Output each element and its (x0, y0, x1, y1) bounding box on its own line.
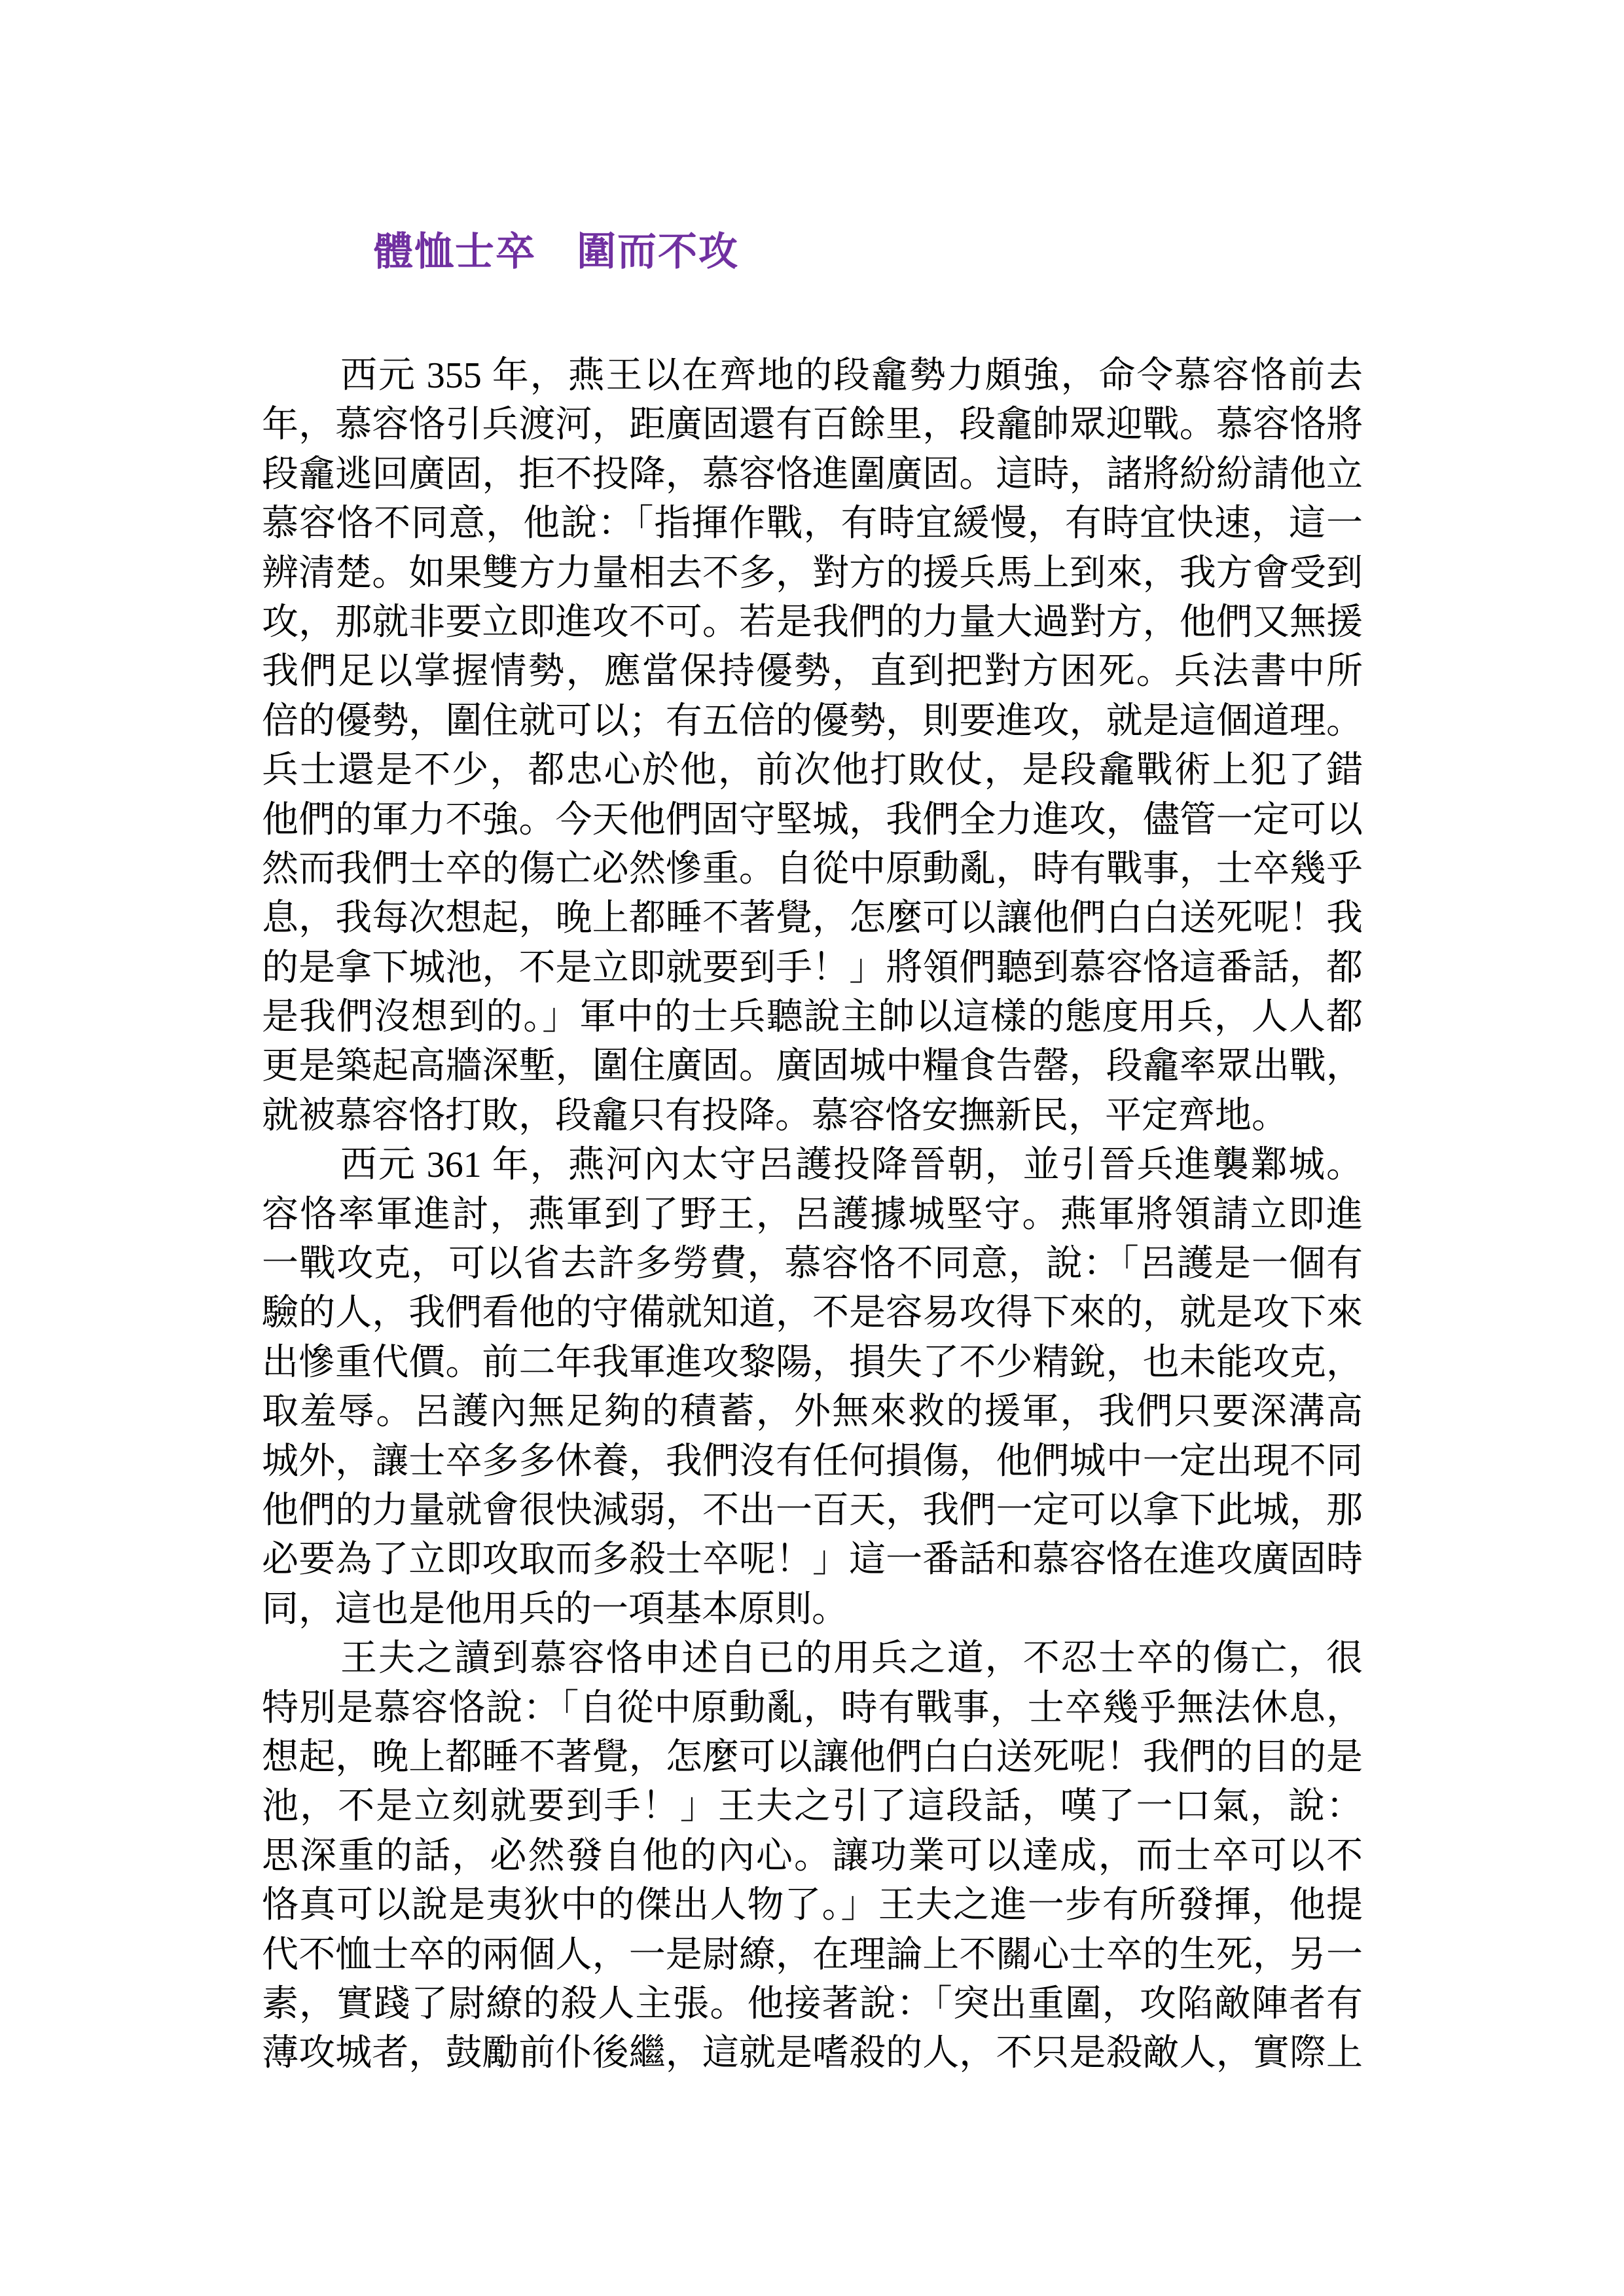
document-page: 體恤士卒 圍而不攻 西元 355 年，燕王以在齊地的段龕勢力頗強，命令慕容恪前去… (0, 0, 1624, 2296)
text-line: 西元 361 年，燕河內太守呂護投降晉朝，並引晉兵進襲鄴城。燕王命慕 (262, 1141, 1363, 1190)
text-line: 他們的軍力不強。今天他們固守堅城，我們全力進攻，儘管一定可以攻下來， (262, 796, 1363, 845)
text-line: 段龕逃回廣固，拒不投降，慕容恪進圍廣固。這時，諸將紛紛請他立即攻城， (262, 450, 1363, 499)
text-line: 驗的人，我們看他的守備就知道，不是容易攻得下來的，就是攻下來也要付 (262, 1289, 1363, 1338)
text-line: 取羞辱。呂護內無足夠的積蓄，外無來救的援軍，我們只要深溝高壘，駐軍 (262, 1388, 1363, 1437)
text-line: 辨清楚。如果雙方力量相去不多，對方的援兵馬上到來，我方會受到腹背夾 (262, 549, 1363, 598)
text-line: 他們的力量就會很快減弱，不出一百天，我們一定可以拿下此城，那麼，何 (262, 1486, 1363, 1535)
text-line: 就被慕容恪打敗，段龕只有投降。慕容恪安撫新民，平定齊地。 (262, 1092, 1363, 1141)
text-line: 倍的優勢，圍住就可以；有五倍的優勢，則要進攻，就是這個道理。段龕的 (262, 697, 1363, 746)
text-line: 然而我們士卒的傷亡必然慘重。自從中原動亂，時有戰事，士卒幾乎無法休 (262, 845, 1363, 894)
text-line: 代不恤士卒的兩個人，一是尉繚，在理論上不關心士卒的生死，另一人是楊 (262, 1931, 1363, 1980)
paragraph: 王夫之讀到慕容恪申述自已的用兵之道，不忍士卒的傷亡，很是感動。特別是慕容恪說：「… (262, 1634, 1363, 2079)
text-line: 是我們沒想到的。」軍中的士兵聽說主帥以這樣的態度用兵，人人都很感動， (262, 993, 1363, 1042)
text-line: 慕容恪不同意，他說：「指揮作戰，有時宜緩慢，有時宜快速，這一定要分 (262, 499, 1363, 548)
paragraph: 西元 361 年，燕河內太守呂護投降晉朝，並引晉兵進襲鄴城。燕王命慕容恪率軍進討… (262, 1141, 1363, 1634)
paragraph: 西元 355 年，燕王以在齊地的段龕勢力頗強，命令慕容恪前去征討。次年，慕容恪引… (262, 351, 1363, 1141)
text-line: 思深重的話，必然發自他的內心。讓功業可以達成，而士卒可以不死，慕容 (262, 1832, 1363, 1881)
text-line: 素，實踐了尉繚的殺人主張。他接著說：「突出重圍，攻陷敵陣者有賞，肉 (262, 1980, 1363, 2029)
text-line: 城外，讓士卒多多休養，我們沒有任何損傷，他們城中一定出現不同意見， (262, 1437, 1363, 1486)
text-line: 容恪率軍進討，燕軍到了野王，呂護據城堅守。燕軍將領請立即進攻，認為 (262, 1191, 1363, 1240)
text-line: 池，不是立刻就要到手！」王夫之引了這段話，嘆了一口氣，說：「這樣情 (262, 1782, 1363, 1831)
text-line: 兵士還是不少，都忠心於他，前次他打敗仗，是段龕戰術上犯了錯誤，不是 (262, 746, 1363, 795)
text-line: 攻，那就非要立即進攻不可。若是我們的力量大過對方，他們又無援軍前來， (262, 598, 1363, 647)
text-line: 息，我每次想起，晚上都睡不著覺，怎麼可以讓他們白白送死呢！我們的目 (262, 894, 1363, 943)
text-line: 薄攻城者，鼓勵前仆後繼，這就是嗜殺的人，不只是殺敵人，實際上就是殺 (262, 2029, 1363, 2078)
text-line: 的是拿下城池，不是立即就要到手！」將領們聽到慕容恪這番話，都說：「這 (262, 944, 1363, 993)
text-line: 想起，晚上都睡不著覺，怎麼可以讓他們白白送死呢！我們的目的是拿下城 (262, 1733, 1363, 1782)
text-line: 特別是慕容恪說：「自從中原動亂，時有戰事，士卒幾乎無法休息，我每次 (262, 1684, 1363, 1733)
text-line: 年，慕容恪引兵渡河，距廣固還有百餘里，段龕帥眾迎戰。慕容恪將之擊敗， (262, 401, 1363, 450)
text-line: 王夫之讀到慕容恪申述自已的用兵之道，不忍士卒的傷亡，很是感動。 (262, 1634, 1363, 1683)
text-line: 更是築起高牆深塹，圍住廣固。廣固城中糧食告罄，段龕率眾出戰，在圍裡 (262, 1042, 1363, 1091)
document-body: 西元 355 年，燕王以在齊地的段龕勢力頗強，命令慕容恪前去征討。次年，慕容恪引… (262, 351, 1363, 2079)
text-line: 必要為了立即攻取而多殺士卒呢！」這一番話和慕容恪在進攻廣固時完全相 (262, 1535, 1363, 1585)
text-line: 恪真可以說是夷狄中的傑出人物了。」王夫之進一步有所發揮，他提到了古 (262, 1881, 1363, 1930)
text-line: 同，這也是他用兵的一項基本原則。 (262, 1585, 1363, 1634)
text-line: 西元 355 年，燕王以在齊地的段龕勢力頗強，命令慕容恪前去征討。次 (262, 351, 1363, 401)
text-line: 出慘重代價。前二年我軍進攻黎陽，損失了不少精銳，也未能攻克，真是自 (262, 1338, 1363, 1388)
text-line: 我們足以掌握情勢，應當保持優勢，直到把對方困死。兵法書中所說，有十 (262, 647, 1363, 696)
document-title: 體恤士卒 圍而不攻 (374, 229, 739, 275)
text-line: 一戰攻克，可以省去許多勞費，慕容恪不同意，說：「呂護是一個有作戰經 (262, 1240, 1363, 1289)
